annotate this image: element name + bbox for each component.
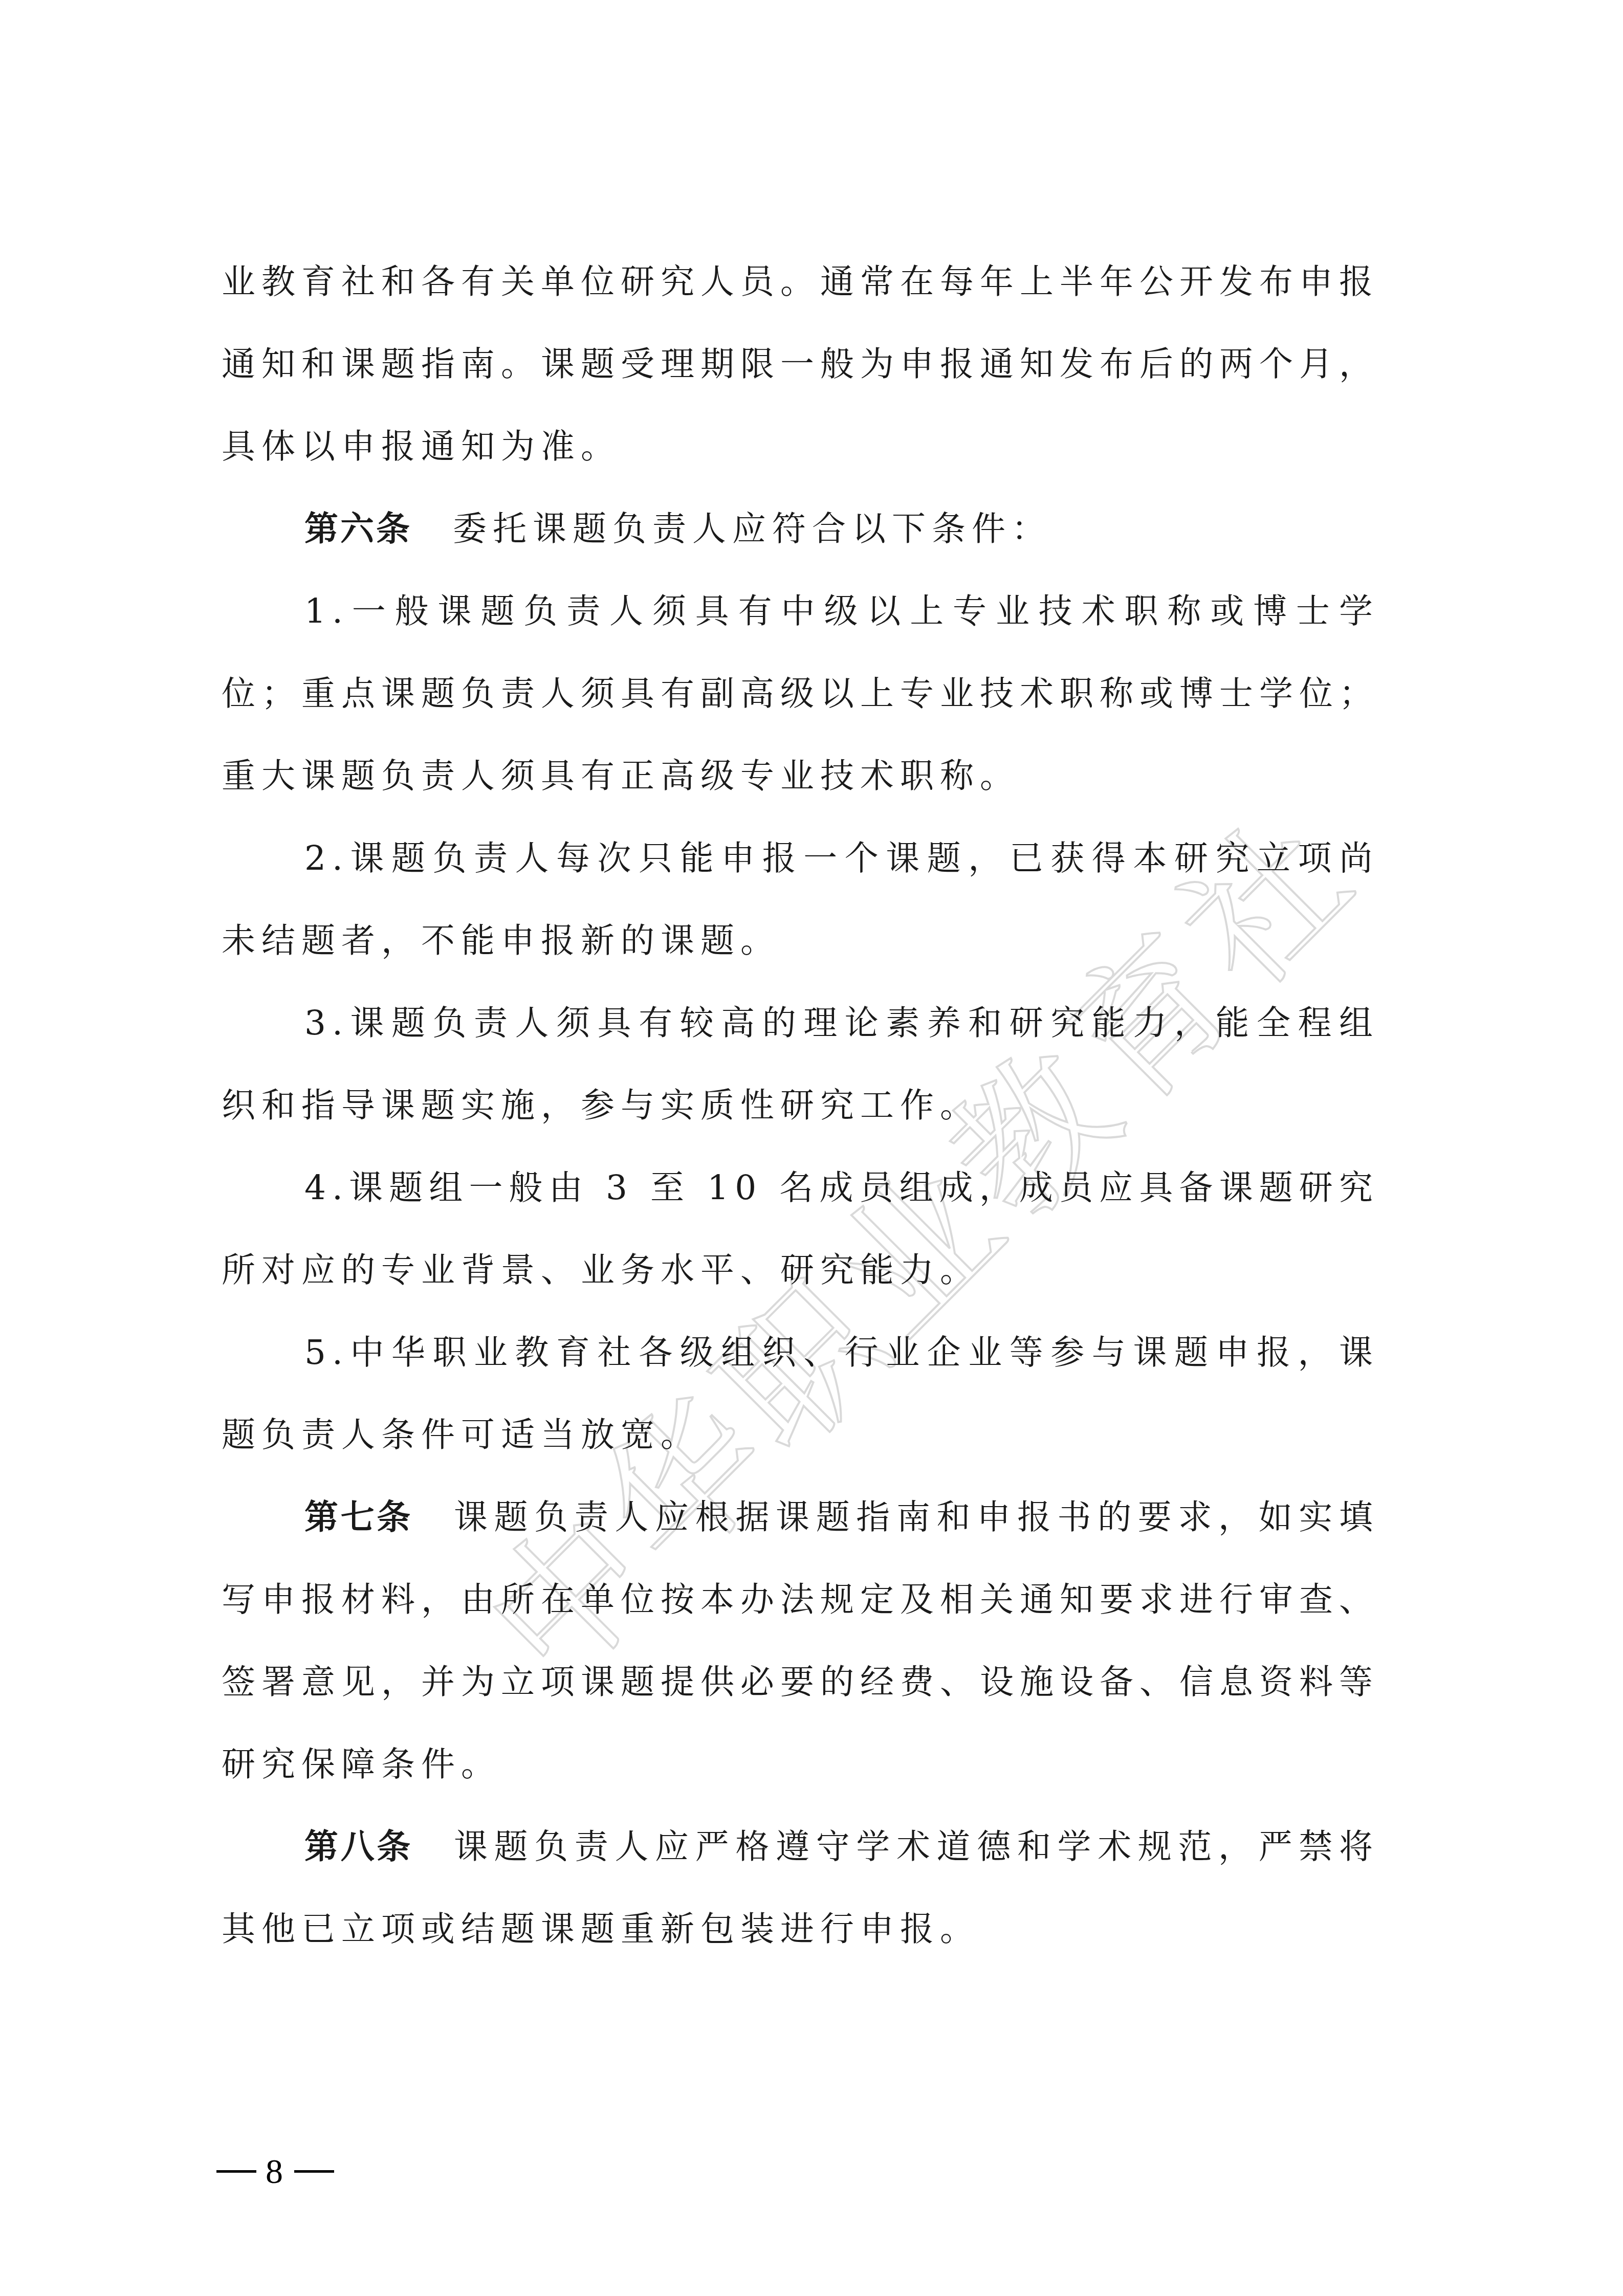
page-number: 8 — [216, 2151, 334, 2192]
paragraph-text: 4.课题组一般由 3 至 10 名成员组成，成员应具备课题研究所对应的专业背景、… — [222, 1168, 1379, 1290]
paragraph-text: 业教育社和各有关单位研究人员。通常在每年上半年公开发布申报通知和课题指南。课题受… — [222, 262, 1379, 466]
article-6-item-4: 4.课题组一般由 3 至 10 名成员组成，成员应具备课题研究所对应的专业背景、… — [222, 1146, 1379, 1311]
paragraph-text: 委托课题负责人应符合以下条件： — [453, 509, 1051, 548]
paragraph-text: 5.中华职业教育社各级组织、行业企业等参与课题申报，课题负责人条件可适当放宽。 — [222, 1333, 1379, 1454]
article-label: 第七条 — [304, 1497, 413, 1537]
paragraph-text: 课题负责人应根据课题指南和申报书的要求，如实填写申报材料，由所在单位按本办法规定… — [222, 1497, 1379, 1784]
paragraph-text: 1.一般课题负责人须具有中级以上专业技术职称或博士学位；重点课题负责人须具有副高… — [222, 591, 1379, 796]
paragraph-text: 2.课题负责人每次只能申报一个课题，已获得本研究立项尚未结题者，不能申报新的课题… — [222, 838, 1379, 960]
article-6-item-2: 2.课题负责人每次只能申报一个课题，已获得本研究立项尚未结题者，不能申报新的课题… — [222, 817, 1379, 982]
article-6: 第六条委托课题负责人应符合以下条件： — [222, 488, 1379, 570]
article-6-item-3: 3.课题负责人须具有较高的理论素养和研究能力，能全程组织和指导课题实施，参与实质… — [222, 982, 1379, 1146]
article-8: 第八条课题负责人应严格遵守学术道德和学术规范，严禁将其他已立项或结题课题重新包装… — [222, 1805, 1379, 1970]
article-7: 第七条课题负责人应根据课题指南和申报书的要求，如实填写申报材料，由所在单位按本办… — [222, 1476, 1379, 1805]
body-text: 业教育社和各有关单位研究人员。通常在每年上半年公开发布申报通知和课题指南。课题受… — [222, 240, 1379, 1970]
paragraph-continuation: 业教育社和各有关单位研究人员。通常在每年上半年公开发布申报通知和课题指南。课题受… — [222, 240, 1379, 488]
article-label: 第六条 — [304, 509, 412, 548]
dash-left — [216, 2170, 256, 2173]
document-page: 中华职业教育社 业教育社和各有关单位研究人员。通常在每年上半年公开发布申报通知和… — [0, 0, 1623, 2296]
page-number-value: 8 — [266, 2151, 285, 2192]
paragraph-text: 3.课题负责人须具有较高的理论素养和研究能力，能全程组织和指导课题实施，参与实质… — [222, 1003, 1379, 1125]
article-6-item-1: 1.一般课题负责人须具有中级以上专业技术职称或博士学位；重点课题负责人须具有副高… — [222, 570, 1379, 817]
article-6-item-5: 5.中华职业教育社各级组织、行业企业等参与课题申报，课题负责人条件可适当放宽。 — [222, 1311, 1379, 1476]
dash-right — [294, 2170, 334, 2173]
article-label: 第八条 — [304, 1827, 413, 1866]
